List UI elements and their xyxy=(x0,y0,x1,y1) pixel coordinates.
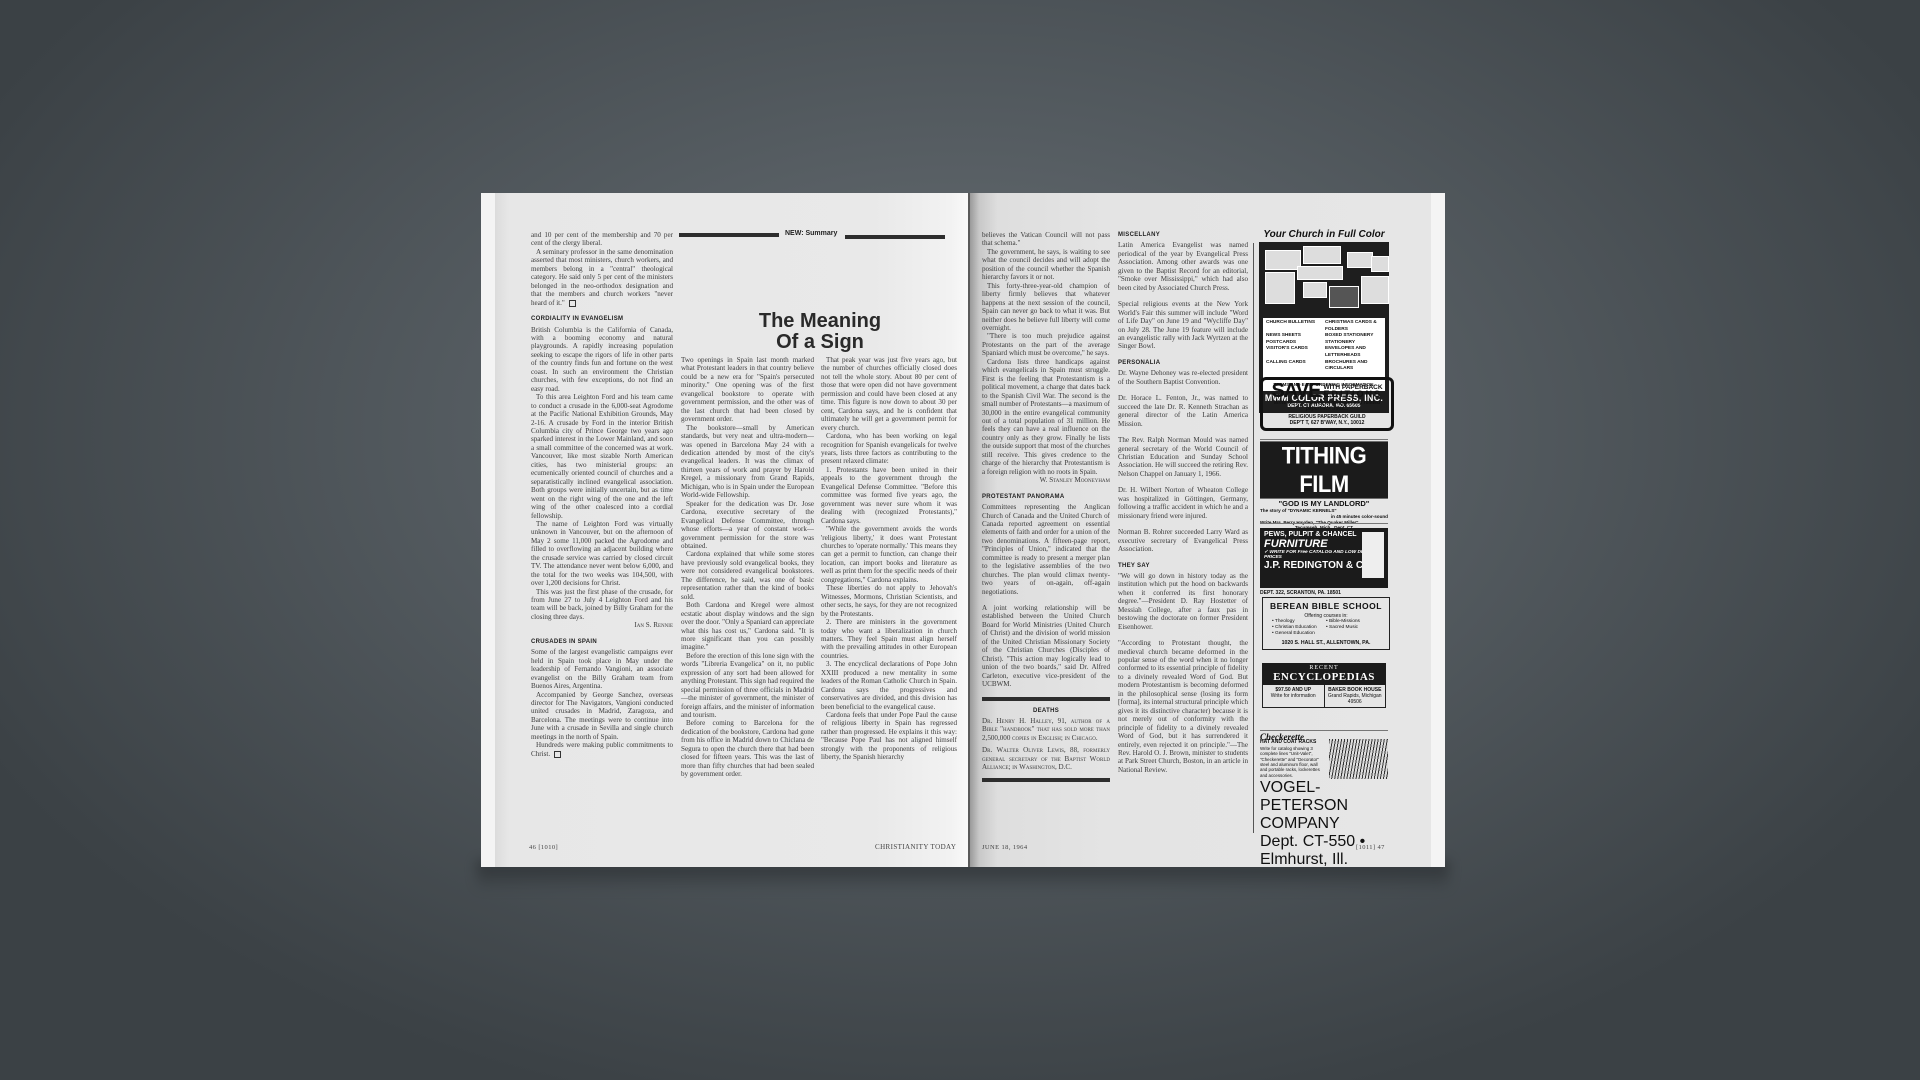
paragraph: Committees representing the Anglican Chu… xyxy=(982,503,1110,596)
section-heading: DEATHS xyxy=(982,707,1110,715)
left-page: and 10 per cent of the membership and 70… xyxy=(481,193,970,867)
paragraph: and 10 per cent of the membership and 70… xyxy=(531,231,673,248)
right-page: believes the Vatican Council will not pa… xyxy=(970,193,1445,867)
paragraph: Some of the largest evangelistic campaig… xyxy=(531,648,673,690)
paragraph: The Rev. Ralph Norman Mould was named ge… xyxy=(1118,436,1248,478)
obituary: Dr. Henry H. Halley, 91, author of a Bib… xyxy=(982,717,1110,742)
paragraph: Special religious events at the New York… xyxy=(1118,300,1248,351)
byline: Ian S. Rennie xyxy=(531,621,673,629)
section-kicker: NEW: Summary xyxy=(785,230,837,237)
paragraph: Two openings in Spain last month marked … xyxy=(681,356,814,424)
coat-rack-illustration xyxy=(1329,739,1388,779)
section-heading: CORDIALITY IN EVANGELISM xyxy=(531,315,673,323)
ad-sample-images xyxy=(1263,246,1385,318)
paragraph: This was just the first phase of the cru… xyxy=(531,588,673,622)
ad-product-list: CHURCH BULLETINSCHRISTMAS CARDS & FOLDER… xyxy=(1263,318,1385,375)
magazine-spread: and 10 per cent of the membership and 70… xyxy=(481,193,1445,869)
byline: W. Stanley Mooneyham xyxy=(982,476,1110,484)
paragraph: That peak year was just five years ago, … xyxy=(821,356,957,432)
paragraph: Before the erection of this lone sign wi… xyxy=(681,652,814,720)
deaths-rule-bottom xyxy=(982,778,1110,782)
ad-tithing-film: TITHING FILM "GOD IS MY LANDLORD" The st… xyxy=(1260,439,1388,531)
paragraph: To this area Leighton Ford and his team … xyxy=(531,393,673,520)
paragraph: 2. There are ministers in the government… xyxy=(821,618,957,660)
end-mark-icon xyxy=(554,751,561,758)
paragraph: British Columbia is the California of Ca… xyxy=(531,326,673,394)
paragraph: Cardona lists three handicaps against wh… xyxy=(982,358,1110,476)
paragraph: The name of Leighton Ford was virtually … xyxy=(531,520,673,588)
paragraph: Speaker for the dedication was Dr. Jose … xyxy=(681,500,814,551)
paragraph: Hundreds were making public commitments … xyxy=(531,741,673,758)
right-column-1: believes the Vatican Council will not pa… xyxy=(982,231,1110,782)
section-heading: PROTESTANT PANORAMA xyxy=(982,493,1110,501)
section-heading: THEY SAY xyxy=(1118,562,1248,570)
paragraph: Both Cardona and Kregel were almost ecst… xyxy=(681,601,814,652)
right-column-2: MISCELLANY Latin America Evangelist was … xyxy=(1118,231,1248,774)
section-heading: PERSONALIA xyxy=(1118,359,1248,367)
paragraph: Before coming to Barcelona for the dedic… xyxy=(681,719,814,778)
left-column-2: Two openings in Spain last month marked … xyxy=(681,356,814,779)
paragraph: Cardona feels that under Pope Paul the c… xyxy=(821,711,957,762)
quote: "According to Protestant thought, the me… xyxy=(1118,639,1248,774)
paragraph: The government, he says, is waiting to s… xyxy=(982,248,1110,282)
paragraph: Dr. Wayne Dehoney was re-elected preside… xyxy=(1118,369,1248,386)
deaths-rule-top xyxy=(982,697,1110,701)
paragraph: This forty-three-year-old champion of li… xyxy=(982,282,1110,333)
paragraph: Norman B. Rohrer succeeded Larry Ward as… xyxy=(1118,528,1248,553)
paragraph: Dr. Horace L. Fenton, Jr., was named to … xyxy=(1118,394,1248,428)
paragraph: "While the government avoids the words '… xyxy=(821,525,957,584)
pulpit-illustration xyxy=(1362,532,1384,578)
ad-title: Your Church in Full Color xyxy=(1259,229,1389,240)
end-mark-icon xyxy=(569,300,576,307)
ad-redington-furniture: PEWS, PULPIT & CHANCEL FURNITURE ✓ WRITE… xyxy=(1260,523,1388,596)
ad-berean-bible-school: BEREAN BIBLE SCHOOL Offering courses in:… xyxy=(1262,597,1390,650)
magazine-name: CHRISTIANITY TODAY xyxy=(875,843,956,851)
paragraph: Latin America Evangelist was named perio… xyxy=(1118,241,1248,292)
issue-date: JUNE 18, 1964 xyxy=(982,844,1027,851)
ad-baker-encyclopedias: RECENT ENCYCLOPEDIAS $97.50 AND UPWrite … xyxy=(1262,663,1386,708)
paragraph: Cardona explained that while some stores… xyxy=(681,550,814,601)
left-column-3: That peak year was just five years ago, … xyxy=(821,356,957,762)
quote: "We will go down in history today as the… xyxy=(1118,572,1248,631)
paragraph: The bookstore—small by American standard… xyxy=(681,424,814,500)
column-divider xyxy=(1253,243,1254,833)
paragraph: Accompanied by George Sanchez, overseas … xyxy=(531,691,673,742)
kicker-rule-left xyxy=(679,233,779,237)
left-column-1: and 10 per cent of the membership and 70… xyxy=(531,231,673,758)
paragraph: Dr. H. Wilbert Norton of Wheaton College… xyxy=(1118,486,1248,520)
paragraph: believes the Vatican Council will not pa… xyxy=(982,231,1110,248)
paragraph: 1. Protestants have been united in their… xyxy=(821,466,957,525)
page-folio-left: 46 [1010] xyxy=(529,844,558,851)
paragraph: Cardona, who has been working on legal r… xyxy=(821,432,957,466)
section-heading: MISCELLANY xyxy=(1118,231,1248,239)
section-heading: CRUSADES IN SPAIN xyxy=(531,638,673,646)
kicker-rule-right xyxy=(845,235,945,239)
paragraph: A joint working relationship will be est… xyxy=(982,604,1110,689)
page-folio-right: [1011] 47 xyxy=(1356,844,1385,851)
paragraph: 3. The encyclical declarations of Pope J… xyxy=(821,660,957,711)
obituary: Dr. Walter Oliver Lewis, 88, formerly ge… xyxy=(982,746,1110,771)
ad-paperback-guild: SAVE WITH PAPERBACKEDITIONS Write for fr… xyxy=(1260,377,1394,431)
paragraph: A seminary professor in the same denomin… xyxy=(531,248,673,307)
paragraph: "There is too much prejudice against Pro… xyxy=(982,332,1110,357)
paragraph: These liberties do not apply to Jehovah'… xyxy=(821,584,957,618)
article-headline: The Meaning Of a Sign xyxy=(695,311,945,353)
